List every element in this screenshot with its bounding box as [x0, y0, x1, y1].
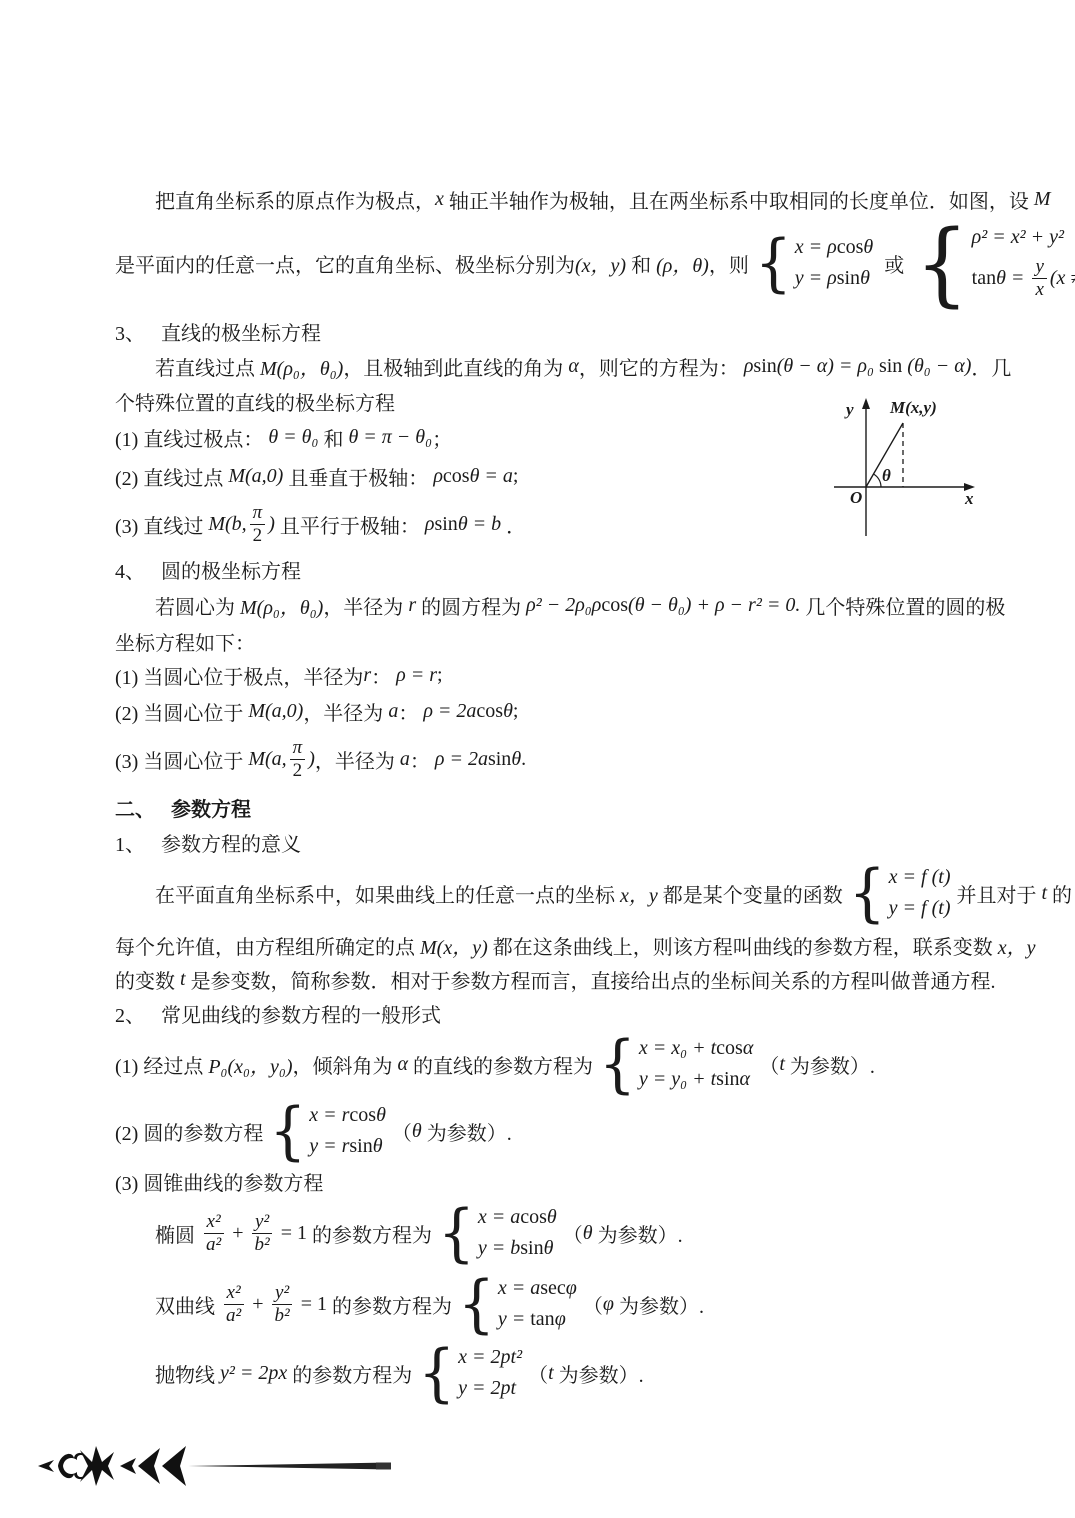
brace-icon: { [438, 1202, 475, 1265]
document-page: 把直角坐标系的原点作为极点，x 轴正半轴作为极轴，且在两坐标系中取相同的长度单位… [0, 0, 1075, 1518]
text-run: 和 [318, 423, 348, 452]
text-run: (1) 经过点 [115, 1050, 208, 1079]
math-fn: sin [753, 355, 776, 378]
math-var: y = b [478, 1237, 520, 1260]
math-var: y = y₀ + t [639, 1068, 716, 1091]
ellipse-line: 椭圆 x²a² + y²b² = 1 的参数方程为 { x = acosθ y … [115, 1198, 997, 1268]
math-var: ρ = 2a [435, 748, 488, 771]
math-var: θ = b [458, 513, 501, 536]
text-run: 的参数方程为 [327, 1290, 452, 1319]
fraction: yx [1032, 256, 1046, 301]
text-run: ，半径为 [315, 745, 400, 774]
text-run: (2) 当圆心位于 [115, 697, 248, 726]
text-run: 每个允许值，由方程组所确定的点 [115, 931, 420, 960]
math-var: θ [412, 1120, 422, 1143]
math-op: = 1 [296, 1293, 327, 1316]
math-var: M(ρ₀，θ₀) [240, 591, 323, 620]
brace-icon: { [915, 218, 968, 309]
fraction-denominator: x [1032, 279, 1046, 301]
math-fn: cos [443, 465, 470, 488]
brace-icon: { [599, 1033, 636, 1096]
section-2-heading: 二、参数方程 [115, 788, 997, 826]
math-var: x，y [998, 931, 1036, 960]
math-var: ρ² − 2ρ₀ρ [526, 594, 601, 617]
text-run: 双曲线 [155, 1290, 220, 1319]
text-run: 都是某个变量的函数 [658, 879, 843, 908]
fraction: π2 [250, 502, 266, 547]
point-label: M(x,y) [889, 398, 937, 417]
text-run: (1) 当圆心位于极点，半径为 [115, 661, 363, 690]
math-fn: sin [488, 748, 511, 771]
text-run: ，则它的方程为： [579, 352, 744, 381]
axes-diagram: y x O M(x,y) θ [818, 396, 988, 546]
math-fn: cos [349, 1104, 376, 1127]
y-axis-arrow-icon [862, 398, 870, 409]
math-var: M(ρ₀，θ₀) [260, 352, 343, 381]
text-run: 是参变数，简称参数．相对于参数方程而言，直接给出点的坐标间关系的方程叫做普通方程… [186, 965, 996, 994]
math-fn: sin [434, 513, 457, 536]
text-run: 且垂直于极轴： [283, 462, 433, 491]
fraction-denominator: a² [203, 1234, 224, 1256]
fraction: x²a² [203, 1211, 224, 1256]
subsection-number: 1、 [115, 828, 161, 857]
text-run: ： [398, 697, 423, 726]
text-run: 若直线过点 [155, 352, 260, 381]
section-number: 4、 [115, 555, 161, 584]
math-var: ) [268, 513, 275, 536]
subsection-number: 2、 [115, 999, 161, 1028]
section-3-para-line-1: 若直线过点 M(ρ₀，θ₀)，且极轴到此直线的角为 α，则它的方程为： ρsin… [115, 348, 997, 384]
math-var: θ = a [470, 465, 513, 488]
text-run: ： [410, 745, 435, 774]
text-run: ． [501, 510, 526, 539]
math-var: (θ − θ₀) + ρ − r² = 0. [628, 594, 800, 617]
fraction: x²a² [223, 1282, 244, 1327]
text-run: 是平面内的任意一点，它的直角坐标、极坐标分别为 [115, 249, 575, 278]
math-var: x = a [498, 1277, 540, 1300]
fraction: π2 [290, 737, 306, 782]
text-run: 的直线的参数方程为 [408, 1050, 593, 1079]
math-var: x = r [309, 1104, 349, 1127]
fraction-denominator: 2 [290, 760, 306, 782]
section-3-heading: 3、直线的极坐标方程 [115, 314, 997, 348]
math-var: y = f (t) [889, 897, 951, 920]
text-run: 为参数）. [785, 1050, 875, 1079]
math-var: ρ [433, 465, 443, 488]
text-run: ; [437, 664, 443, 687]
math-var: (θ₀ − α) [907, 355, 971, 378]
text-run: 和 [626, 249, 656, 278]
math-var: α [568, 355, 579, 378]
math-var: M [1034, 188, 1051, 211]
intro-line-2: 是平面内的任意一点，它的直角坐标、极坐标分别为(x，y) 和 (ρ，θ)，则 {… [115, 214, 997, 312]
brace-icon: { [458, 1273, 495, 1336]
fraction: y²b² [251, 1211, 272, 1256]
math-var: θ [547, 1206, 557, 1229]
text-run: 的圆方程为 [416, 591, 526, 620]
equation-system-rect-to-polar: { ρ² = x² + y² tanθ = yx (x ≠ 0) [915, 221, 1075, 305]
math-fn: sin [837, 267, 860, 290]
math-fn: cos [476, 700, 503, 723]
math-var: θ = π − θ₀ [348, 426, 432, 449]
fraction-numerator: x² [204, 1211, 224, 1234]
text-run: 的 [1047, 879, 1072, 908]
math-var: (x，y) [575, 249, 626, 278]
math-var: θ [511, 748, 521, 771]
fraction-denominator: b² [271, 1305, 292, 1327]
text-run: （ [583, 1290, 603, 1319]
math-var: α [397, 1053, 408, 1076]
text-run: 为参数）. [614, 1290, 704, 1319]
math-var: x = ρ [795, 236, 837, 259]
equation-system-line: { x = x₀ + tcosα y = y₀ + tsinα [599, 1033, 753, 1095]
text-run: (2) 圆的参数方程 [115, 1117, 263, 1146]
math-var: (x ≠ 0) [1050, 267, 1075, 290]
math-fn: sin [349, 1135, 372, 1158]
section-4-para-line-2: 坐标方程如下： [115, 624, 997, 658]
math-var: φ [566, 1277, 577, 1300]
fraction-numerator: π [250, 502, 266, 525]
math-var: ρ = 2a [423, 700, 476, 723]
fraction: y²b² [271, 1282, 292, 1327]
math-fn: sin [874, 355, 907, 378]
subsection-1-heading: 1、参数方程的意义 [115, 826, 997, 858]
math-var: a [400, 748, 410, 771]
math-var: θ = θ₀ [268, 426, 318, 449]
math-var: ρ² = x² + y² [972, 226, 1064, 249]
fraction-numerator: y² [252, 1211, 272, 1234]
subsection-title: 参数方程的意义 [161, 828, 301, 857]
text-run: 都在这条曲线上，则该方程叫曲线的参数方程，联系变数 [488, 931, 998, 960]
coordinate-figure: y x O M(x,y) θ [818, 396, 988, 552]
math-fn: cos [716, 1037, 743, 1060]
math-fn: tan [972, 267, 996, 290]
angle-arc [874, 474, 882, 487]
text-run: 或 [879, 249, 909, 278]
text-run: 的参数方程为 [307, 1219, 432, 1248]
text-run: (3) 当圆心位于 [115, 745, 248, 774]
text-run: （ [759, 1050, 779, 1079]
math-var: ρ = r [396, 664, 437, 687]
fraction-denominator: 2 [250, 525, 266, 547]
text-run: 把直角坐标系的原点作为极点， [155, 185, 435, 214]
footer-flourish-icon [36, 1440, 416, 1492]
angle-label: θ [882, 466, 891, 485]
text-run: 在平面直角坐标系中，如果曲线上的任意一点的坐标 [155, 879, 620, 908]
footer-ornament [36, 1440, 416, 1498]
math-var: x = f (t) [889, 866, 951, 889]
math-var: a [388, 700, 398, 723]
math-fn: cos [837, 236, 864, 259]
math-var: x = x₀ + t [639, 1037, 716, 1060]
section-number: 二、 [115, 793, 171, 822]
math-var: y = ρ [795, 267, 837, 290]
text-run: ; [513, 465, 519, 488]
math-var: (ρ，θ) [656, 249, 709, 278]
math-var: θ [373, 1135, 383, 1158]
math-var: θ = [996, 267, 1029, 290]
text-run: ： [371, 661, 396, 690]
math-var: y = [498, 1308, 530, 1331]
math-fn: sin [716, 1068, 739, 1091]
text-run: （ [528, 1359, 548, 1388]
equation-system-parabola: { x = 2pt² y = 2pt [418, 1342, 522, 1404]
math-fn: tan [530, 1308, 554, 1331]
text-run: （ [392, 1117, 412, 1146]
math-var: x = 2pt² [458, 1346, 522, 1369]
text-run: (3) 直线过 [115, 510, 208, 539]
equation-system-polar-to-rect: { x = ρcosθ y = ρsinθ [755, 232, 873, 294]
text-run: . [521, 748, 526, 771]
param-para-line-3: 的变数 t 是参变数，简称参数．相对于参数方程而言，直接给出点的坐标间关系的方程… [115, 962, 997, 996]
math-var: α [743, 1037, 754, 1060]
x-axis-label: x [964, 489, 974, 508]
math-var: φ [555, 1308, 566, 1331]
math-var: r [363, 664, 371, 687]
section-4-item-1: (1) 当圆心位于极点，半径为r： ρ = r; [115, 658, 997, 692]
math-var: ) [308, 748, 315, 771]
text-run: ; [513, 700, 519, 723]
math-var: θ [544, 1237, 554, 1260]
math-var: θ [583, 1222, 593, 1245]
math-var: θ [503, 700, 513, 723]
brace-icon: { [849, 862, 886, 925]
equation-system-hyperbola: { x = asecφ y = tanφ [458, 1273, 577, 1335]
text-run: 的变数 [115, 965, 180, 994]
math-var: θ [376, 1104, 386, 1127]
math-var: y² = 2px [220, 1362, 287, 1385]
text-run: ，半径为 [323, 591, 408, 620]
text-run: 坐标方程如下： [115, 627, 255, 656]
math-op: = 1 [276, 1222, 307, 1245]
param-item-1-line: (1) 经过点 P₀(x₀，y₀)，倾斜角为 α 的直线的参数方程为 { x =… [115, 1030, 997, 1098]
math-fn: sin [520, 1237, 543, 1260]
section-title: 直线的极坐标方程 [161, 317, 321, 346]
text-run: 椭圆 [155, 1219, 200, 1248]
text-run: 个特殊位置的直线的极坐标方程 [115, 387, 395, 416]
text-run: ，则 [709, 249, 749, 278]
text-run: (2) 直线过点 [115, 462, 228, 491]
fraction-numerator: y² [272, 1282, 292, 1305]
section-4-item-2: (2) 当圆心位于 M(a,0)，半径为 a： ρ = 2acosθ; [115, 692, 997, 730]
math-fn: cos [601, 594, 628, 617]
math-var: r [408, 594, 416, 617]
param-item-3-heading: (3) 圆锥曲线的参数方程 [115, 1164, 997, 1198]
math-var: x = a [478, 1206, 520, 1229]
fraction-numerator: π [290, 737, 306, 760]
section-number: 3、 [115, 317, 161, 346]
fraction-denominator: a² [223, 1305, 244, 1327]
math-fn: sec [540, 1277, 566, 1300]
param-para-line-1: 在平面直角坐标系中，如果曲线上的任意一点的坐标 x，y 都是某个变量的函数 { … [115, 858, 997, 928]
math-var: θ [863, 236, 873, 259]
math-var: M(a, [248, 748, 286, 771]
math-var: y = 2pt [458, 1377, 516, 1400]
math-op: + [227, 1222, 248, 1245]
text-run: ．几 [971, 352, 1011, 381]
section-4-para-line-1: 若圆心为 M(ρ₀，θ₀)，半径为 r 的圆方程为 ρ² − 2ρ₀ρcos(θ… [115, 586, 997, 624]
text-run: 若圆心为 [155, 591, 240, 620]
text-run: 为参数）. [422, 1117, 512, 1146]
text-run: ； [432, 423, 452, 452]
equation-system-circle: { x = rcosθ y = rsinθ [269, 1100, 386, 1162]
text-run: 几个特殊位置的圆的极 [800, 591, 1005, 620]
text-run: 为参数）. [593, 1219, 683, 1248]
math-op: + [247, 1293, 268, 1316]
math-var: M(b, [208, 513, 246, 536]
math-var: M(a,0) [248, 700, 303, 723]
equation-system-ellipse: { x = acosθ y = bsinθ [438, 1202, 557, 1264]
text-run: 并且对于 [956, 879, 1041, 908]
subsection-2-heading: 2、常见曲线的参数方程的一般形式 [115, 996, 997, 1030]
math-var: ρ [425, 513, 435, 536]
math-var: x，y [620, 879, 658, 908]
math-var: α [740, 1068, 751, 1091]
text-run: （ [563, 1219, 583, 1248]
text-run: 为参数）. [554, 1359, 644, 1388]
equation-system-parametric-general: { x = f (t) y = f (t) [849, 862, 951, 924]
math-var: (θ − α) = ρ₀ [777, 355, 874, 378]
intro-line-1: 把直角坐标系的原点作为极点，x 轴正半轴作为极轴，且在两坐标系中取相同的长度单位… [115, 184, 997, 214]
brace-icon: { [755, 232, 792, 295]
parabola-line: 抛物线 y² = 2px 的参数方程为 { x = 2pt² y = 2pt （… [115, 1340, 997, 1406]
hyperbola-line: 双曲线 x²a² + y²b² = 1 的参数方程为 { x = asecφ y… [115, 1268, 997, 1340]
param-para-line-2: 每个允许值，由方程组所确定的点 M(x，y) 都在这条曲线上，则该方程叫曲线的参… [115, 928, 997, 962]
text-run: ，半径为 [303, 697, 388, 726]
y-axis-label: y [844, 400, 854, 419]
fraction-numerator: y [1032, 256, 1046, 279]
text-run: ，且极轴到此直线的角为 [343, 352, 568, 381]
text-run: 且平行于极轴： [275, 510, 425, 539]
origin-label: O [850, 488, 862, 507]
math-var: θ [860, 267, 870, 290]
text-run: 的参数方程为 [287, 1359, 412, 1388]
section-title: 圆的极坐标方程 [161, 555, 301, 584]
fraction-numerator: x² [224, 1282, 244, 1305]
math-var: P₀(x₀，y₀) [208, 1050, 292, 1079]
math-var: y = r [309, 1135, 349, 1158]
math-var: M(x，y) [420, 931, 488, 960]
math-var: M(a,0) [228, 465, 283, 488]
param-item-2-circle: (2) 圆的参数方程 { x = rcosθ y = rsinθ （θ 为参数）… [115, 1098, 997, 1164]
subsection-title: 常见曲线的参数方程的一般形式 [161, 999, 441, 1028]
math-var: x [435, 188, 444, 211]
fraction-denominator: b² [251, 1234, 272, 1256]
text-run: ，倾斜角为 [292, 1050, 397, 1079]
brace-icon: { [269, 1100, 306, 1163]
text-run: (3) 圆锥曲线的参数方程 [115, 1167, 323, 1196]
brace-icon: { [418, 1342, 455, 1405]
text-run: 抛物线 [155, 1359, 220, 1388]
text-run: (1) 直线过极点： [115, 423, 268, 452]
section-title: 参数方程 [171, 793, 251, 822]
math-var: ρ [744, 355, 754, 378]
section-4-heading: 4、圆的极坐标方程 [115, 552, 997, 586]
math-fn: cos [520, 1206, 547, 1229]
math-var: φ [603, 1293, 614, 1316]
section-4-item-3: (3) 当圆心位于 M(a, π2 )，半径为 a： ρ = 2asinθ. [115, 730, 997, 788]
